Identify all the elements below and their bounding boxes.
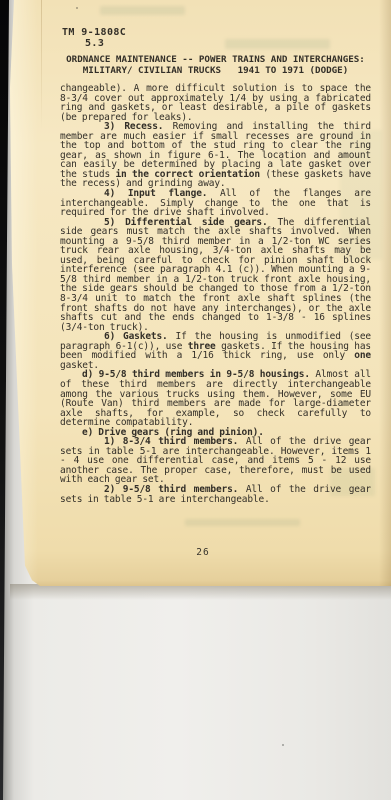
- scanned-page: TM 9-1808C 5.3 ORDNANCE MAINTENANCE -- P…: [8, 0, 391, 586]
- paragraph: changeable). A more difficult solution i…: [60, 84, 371, 122]
- paragraph: 6) Gaskets. If the housing is unmodified…: [60, 332, 371, 370]
- page-content: TM 9-1808C 5.3 ORDNANCE MAINTENANCE -- P…: [60, 0, 371, 504]
- page-crease: [41, 0, 42, 130]
- page-bottom-shadow: [10, 584, 391, 600]
- paragraph: 5) Differential side gears. The differen…: [60, 218, 371, 333]
- doc-revision: 5.3: [85, 38, 371, 49]
- title-line-2: MILITARY/ CIVILIAN TRUCKS 1941 TO 1971 (…: [60, 65, 371, 76]
- text-run: The differential side gears must match t…: [60, 217, 371, 333]
- bold-text-run: one: [354, 350, 371, 361]
- scan-speck: [282, 744, 284, 746]
- paragraph: 3) Recess. Removing and installing the t…: [60, 122, 371, 189]
- page-number: 26: [48, 547, 358, 558]
- body-text: changeable). A more difficult solution i…: [60, 84, 371, 504]
- bleed-through-mark: [185, 519, 300, 526]
- text-run: Almost all of these third members are di…: [60, 369, 371, 428]
- paragraph: 4) Input flange. All of the flanges are …: [60, 189, 371, 218]
- title-line-1: ORDNANCE MAINTENANCE -- POWER TRAINS AND…: [60, 54, 371, 65]
- doc-number: TM 9-1808C: [62, 27, 371, 38]
- paragraph: d) 9-5/8 third members in 9-5/8 housings…: [60, 370, 371, 427]
- document-title: ORDNANCE MAINTENANCE -- POWER TRAINS AND…: [60, 54, 371, 76]
- paragraph: 1) 8-3/4 third members. All of the drive…: [60, 437, 371, 485]
- text-run: changeable). A more difficult solution i…: [60, 83, 371, 123]
- paragraph: 2) 9-5/8 third members. All of the drive…: [60, 485, 371, 504]
